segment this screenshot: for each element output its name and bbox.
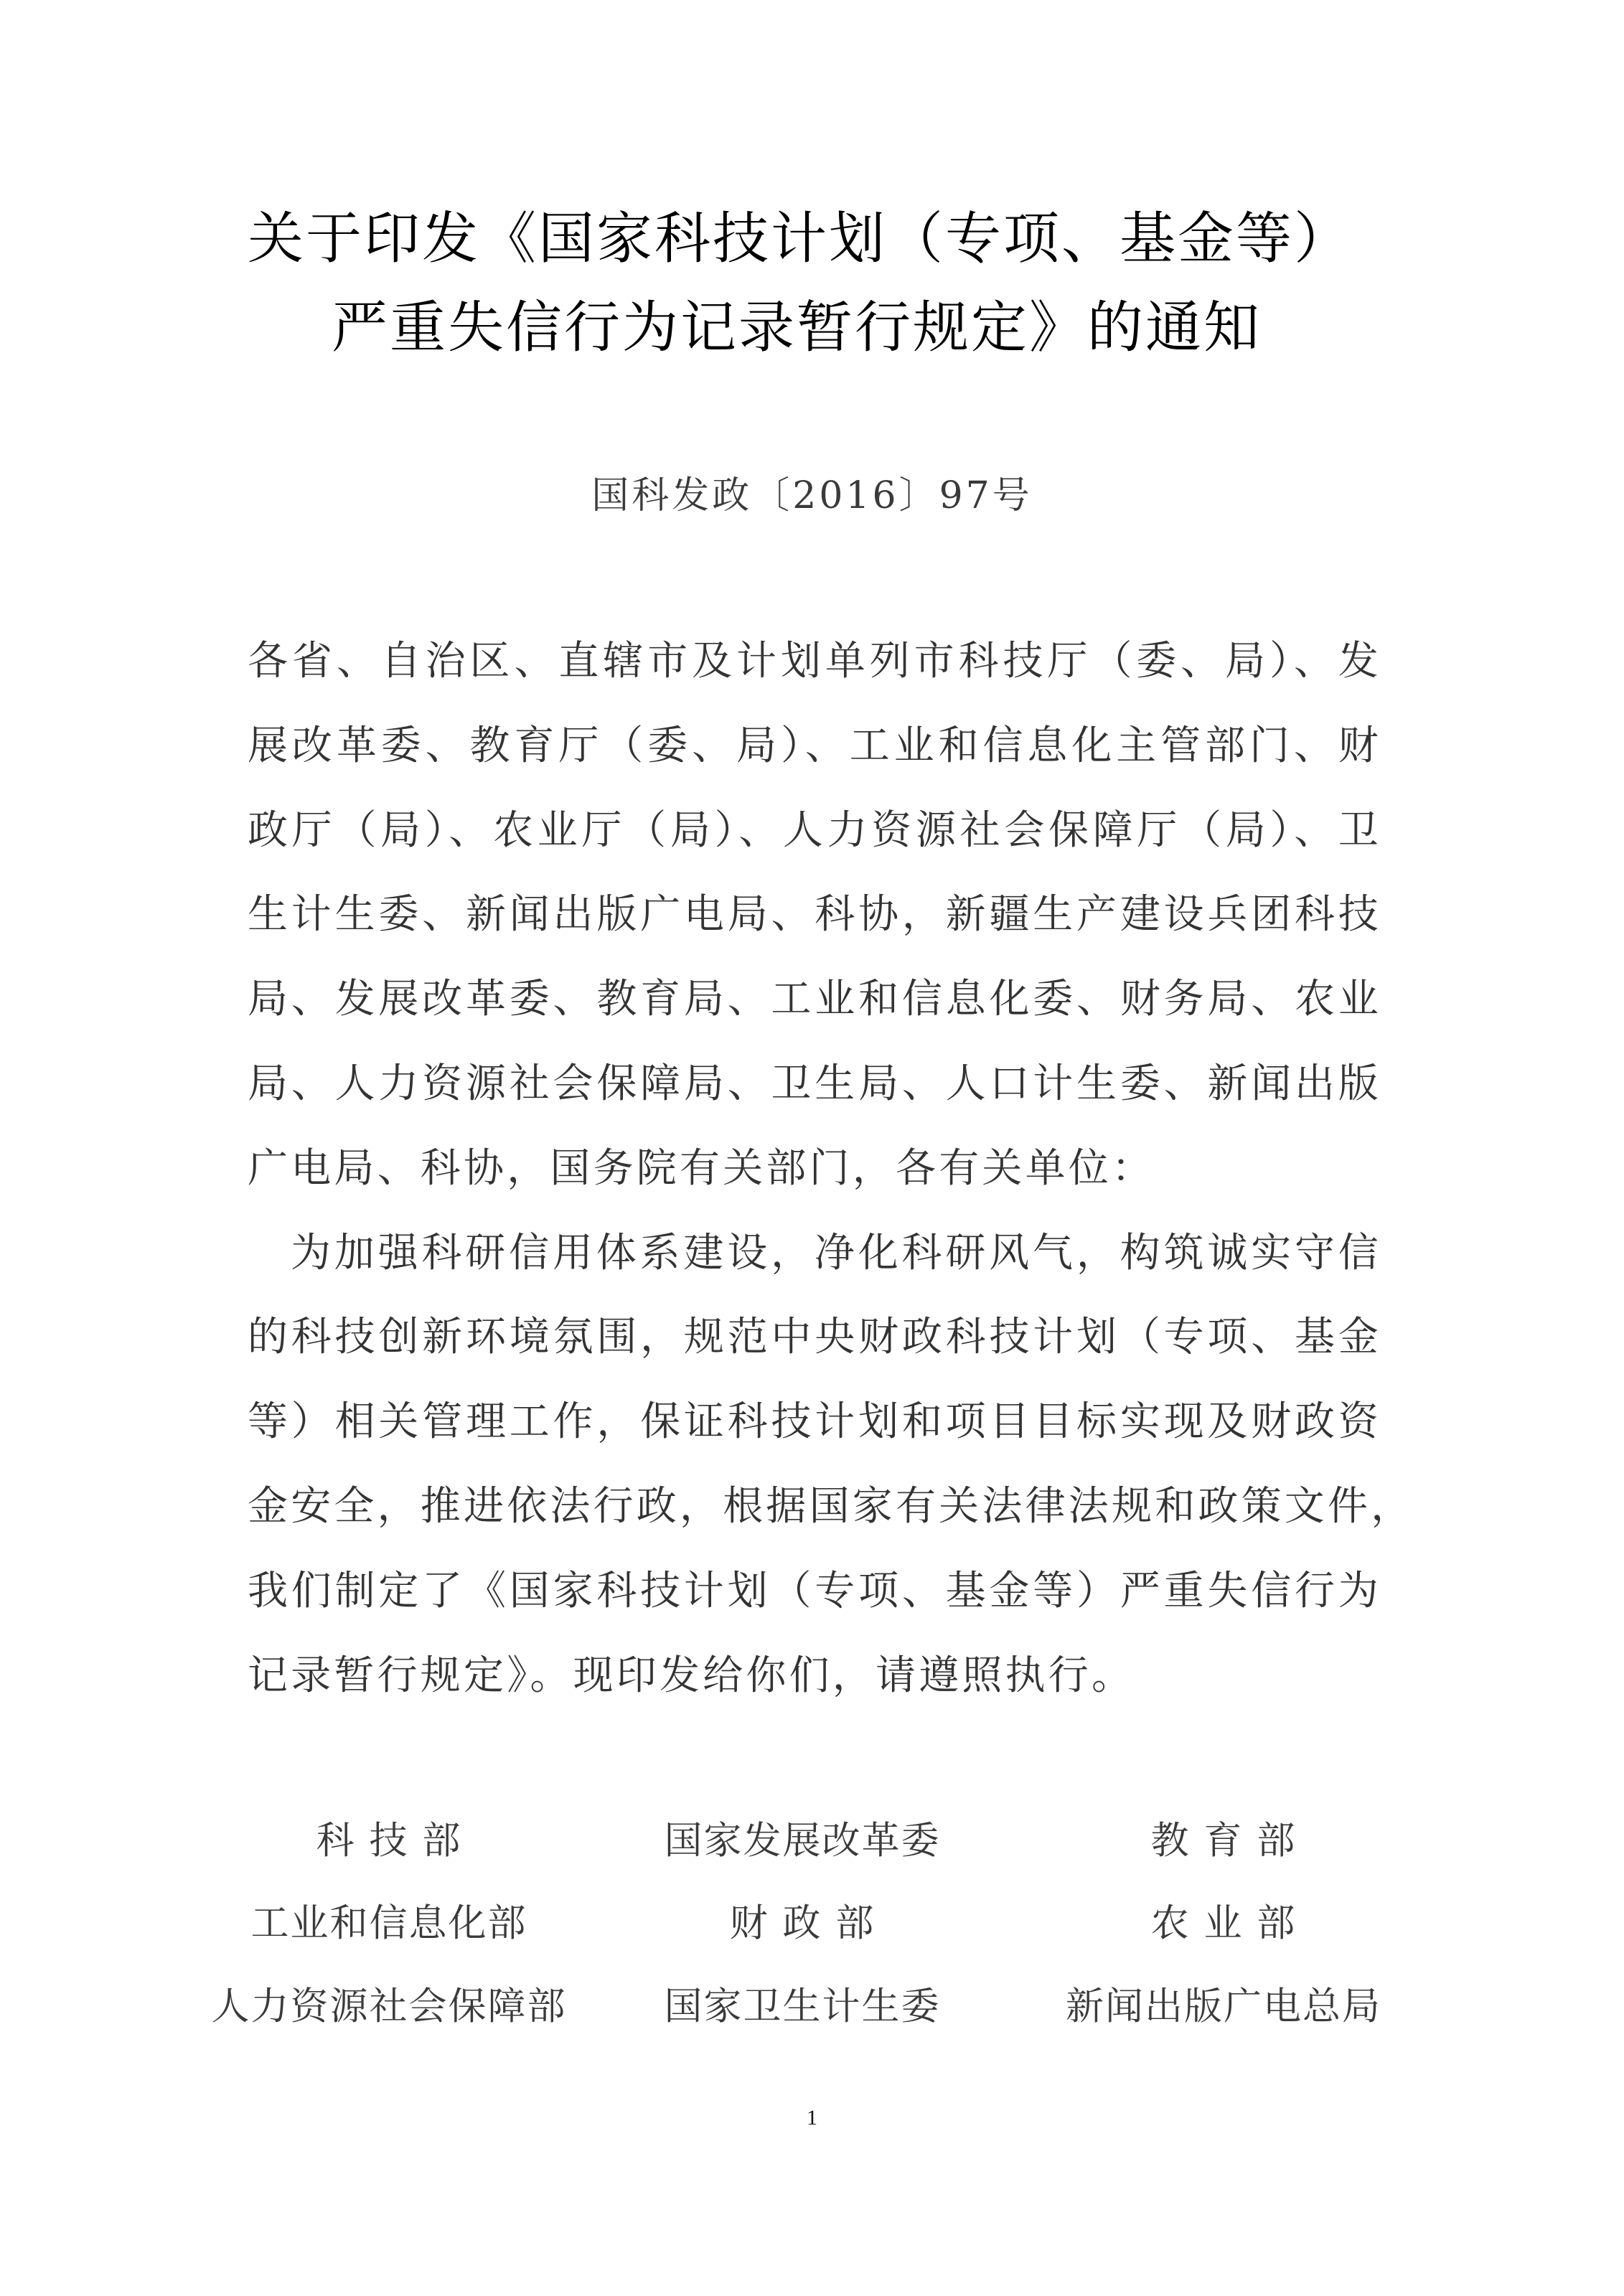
signatory-ndrc: 国家发展改革委 xyxy=(580,1812,1025,1870)
signatory-row-2: 工业和信息化部 财 政 部 农 业 部 xyxy=(0,1895,1624,1952)
signatory-ministry-of-education: 教 育 部 xyxy=(1001,1812,1446,1870)
signatory-nhfpc: 国家卫生计生委 xyxy=(580,1978,1025,2036)
signatory-ministry-of-finance: 财 政 部 xyxy=(580,1895,1025,1952)
paragraph-line-2: 的科技创新环境氛围，规范中央财政科技计划（专项、基金 xyxy=(248,1305,1381,1390)
document-body: 各省、自治区、直辖市及计划单列市科技厅（委、局）、发 展改革委、教育厅（委、局）… xyxy=(248,629,1381,1728)
paragraph-line-6: 记录暂行规定》。现印发给你们，请遵照执行。 xyxy=(248,1644,1381,1728)
paragraph-line-1: 为加强科研信用体系建设，净化科研风气，构筑诚实守信 xyxy=(248,1221,1381,1306)
page-number: 1 xyxy=(0,2104,1624,2132)
addressee-line-2: 展改革委、教育厅（委、局）、工业和信息化主管部门、财 xyxy=(248,714,1381,799)
document-title-line-1: 关于印发《国家科技计划（专项、基金等） xyxy=(248,207,1367,271)
addressee-line-5: 局、发展改革委、教育局、工业和信息化委、财务局、农业 xyxy=(248,967,1381,1052)
signatory-sapprft: 新闻出版广电总局 xyxy=(1001,1978,1446,2036)
paragraph-line-4: 金安全，推进依法行政，根据国家有关法律法规和政策文件， xyxy=(248,1474,1381,1559)
signatory-miit: 工业和信息化部 xyxy=(166,1895,611,1952)
signatory-ministry-of-science-and-technology: 科 技 部 xyxy=(166,1812,611,1870)
addressee-line-1: 各省、自治区、直辖市及计划单列市科技厅（委、局）、发 xyxy=(248,629,1381,714)
signatory-row-1: 科 技 部 国家发展改革委 教 育 部 xyxy=(0,1812,1624,1870)
addressee-line-7: 广电局、科协，国务院有关部门，各有关单位： xyxy=(248,1137,1381,1221)
document-number: 国科发政〔2016〕97号 xyxy=(0,472,1624,519)
signatory-mohrss: 人力资源社会保障部 xyxy=(166,1978,611,2036)
paragraph-line-3: 等）相关管理工作，保证科技计划和项目目标实现及财政资 xyxy=(248,1390,1381,1474)
addressee-line-3: 政厅（局）、农业厅（局）、人力资源社会保障厅（局）、卫 xyxy=(248,799,1381,883)
addressee-line-6: 局、人力资源社会保障局、卫生局、人口计生委、新闻出版 xyxy=(248,1052,1381,1137)
paragraph-line-5: 我们制定了《国家科技计划（专项、基金等）严重失信行为 xyxy=(248,1559,1381,1644)
document-title-line-2: 严重失信行为记录暂行规定》的通知 xyxy=(332,296,1322,360)
signatory-ministry-of-agriculture: 农 业 部 xyxy=(1001,1895,1446,1952)
document-page: 关于印发《国家科技计划（专项、基金等） 严重失信行为记录暂行规定》的通知 国科发… xyxy=(0,0,1624,2296)
addressee-line-4: 生计生委、新闻出版广电局、科协，新疆生产建设兵团科技 xyxy=(248,883,1381,967)
signatory-row-3: 人力资源社会保障部 国家卫生计生委 新闻出版广电总局 xyxy=(0,1978,1624,2036)
